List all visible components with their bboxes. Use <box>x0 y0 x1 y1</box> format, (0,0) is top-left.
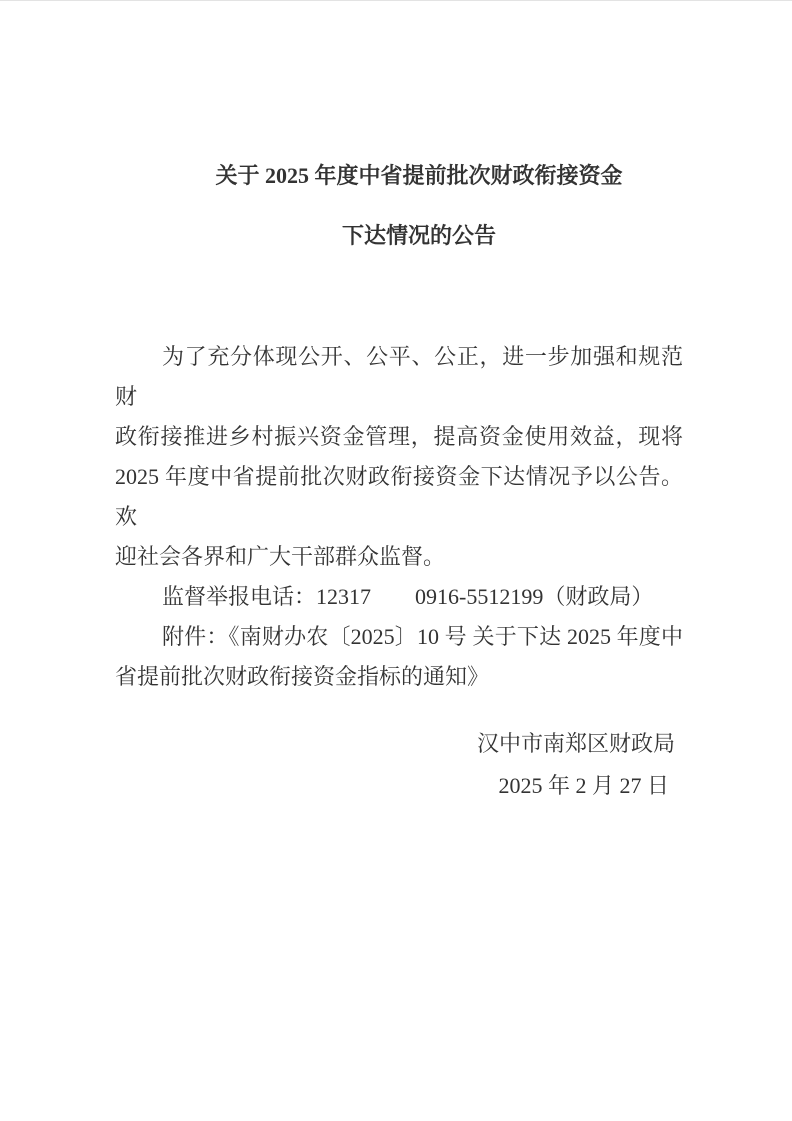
signature-block: 汉中市南郑区财政局 2025 年 2 月 27 日 <box>115 723 683 807</box>
document-title-line-1: 关于 2025 年度中省提前批次财政衔接资金 <box>115 160 683 192</box>
issue-date: 2025 年 2 月 27 日 <box>115 765 683 807</box>
document-title-line-2: 下达情况的公告 <box>115 220 683 252</box>
body-line: 为了充分体现公开、公平、公正，进一步加强和规范财 <box>115 337 683 417</box>
document-body: 为了充分体现公开、公平、公正，进一步加强和规范财 政衔接推进乡村振兴资金管理，提… <box>115 337 683 697</box>
document-page: 关于 2025 年度中省提前批次财政衔接资金 下达情况的公告 为了充分体现公开、… <box>0 0 792 1121</box>
body-line: 政衔接推进乡村振兴资金管理，提高资金使用效益，现将 <box>115 417 683 457</box>
body-line: 2025 年度中省提前批次财政衔接资金下达情况予以公告。欢 <box>115 457 683 537</box>
body-line: 迎社会各界和广大干部群众监督。 <box>115 537 683 577</box>
issuing-authority: 汉中市南郑区财政局 <box>115 723 683 765</box>
attachment-reference-line: 省提前批次财政衔接资金指标的通知》 <box>115 657 683 697</box>
supervision-hotline-line: 监督举报电话：12317 0916-5512199（财政局） <box>115 577 683 617</box>
attachment-reference-line: 附件：《南财办农〔2025〕10 号 关于下达 2025 年度中 <box>115 617 683 657</box>
